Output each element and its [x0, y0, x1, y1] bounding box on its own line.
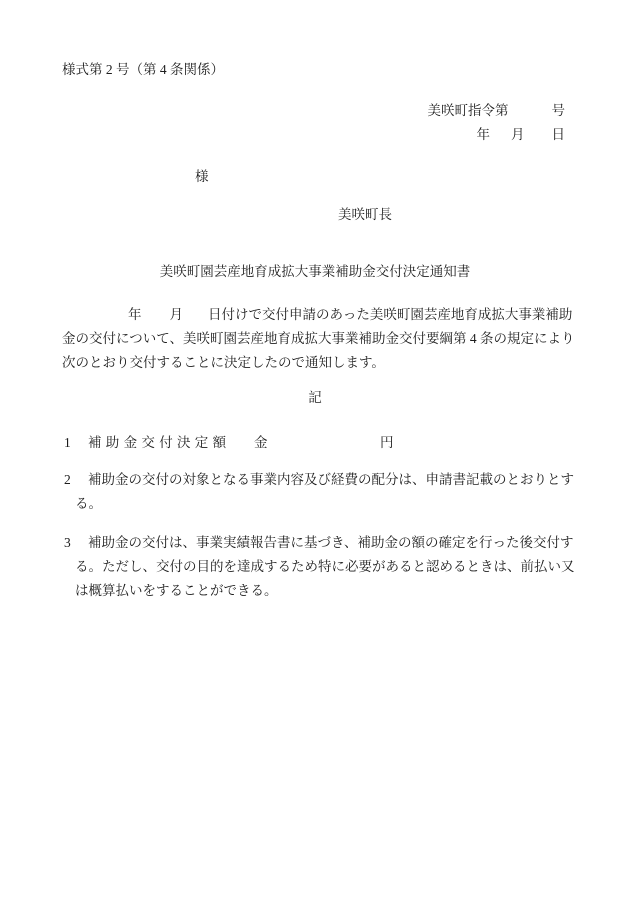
- item-3-text: 補助金の交付は、事業実績報告書に基づき、補助金の額の確定を行った後交付す る。た…: [62, 531, 582, 603]
- amount-prefix: 金: [254, 435, 268, 451]
- directive-number-line: 美咲町指令第号: [62, 103, 565, 119]
- document-title: 美咲町園芸産地育成拡大事業補助金交付決定通知書: [0, 264, 630, 280]
- item-2: 2 補助金の交付の対象となる事業内容及び経費の配分は、申請書記載のとおりとす る…: [62, 468, 582, 516]
- issue-year-label: 年: [477, 127, 491, 142]
- body-line-2: 金の交付について、美咲町園芸産地育成拡大事業補助金交付要綱第 4 条の規定により: [62, 331, 574, 347]
- recipient-honorific: 様: [195, 169, 209, 185]
- item-2-text: 補助金の交付の対象となる事業内容及び経費の配分は、申請書記載のとおりとす る。: [62, 468, 582, 516]
- item-1-number: 1: [64, 435, 71, 451]
- directive-prefix: 美咲町指令第: [428, 103, 509, 118]
- directive-number-blank: [509, 114, 552, 115]
- form-number: 様式第 2 号（第 4 条関係）: [62, 62, 224, 78]
- directive-suffix: 号: [552, 103, 566, 118]
- issue-day-blank: [525, 138, 552, 139]
- application-month-label: 月: [170, 307, 184, 322]
- application-year-label: 年: [128, 307, 142, 322]
- issue-month-blank: [490, 138, 511, 139]
- item-2-number: 2: [64, 468, 71, 492]
- list-heading: 記: [0, 390, 630, 406]
- body-line-1: 年月日付けで交付申請のあった美咲町園芸産地育成拡大事業補助: [62, 307, 572, 323]
- issue-day-label: 日: [552, 127, 566, 142]
- amount-value-blank: [274, 447, 434, 448]
- item-1: 1 補助金交付決定額 金 円: [62, 435, 565, 453]
- issue-date-line: 年月日: [62, 127, 565, 143]
- application-date-indent-blank: [62, 318, 128, 319]
- document-page: 様式第 2 号（第 4 条関係） 美咲町指令第号 年月日 様 美咲町長 美咲町園…: [0, 0, 630, 903]
- item-1-label: 補助金交付決定額: [88, 435, 230, 451]
- application-month-blank: [142, 318, 170, 319]
- body-line-1-text: 日付けで交付申請のあった美咲町園芸産地育成拡大事業補助: [208, 307, 572, 322]
- body-line-3: 次のとおり交付することに決定したので通知します。: [62, 355, 385, 371]
- application-day-blank: [183, 318, 208, 319]
- issuer-title: 美咲町長: [338, 207, 392, 223]
- item-3-number: 3: [64, 531, 71, 555]
- amount-suffix: 円: [380, 435, 394, 451]
- issue-month-label: 月: [511, 127, 525, 142]
- item-3: 3 補助金の交付は、事業実績報告書に基づき、補助金の額の確定を行った後交付す る…: [62, 531, 582, 603]
